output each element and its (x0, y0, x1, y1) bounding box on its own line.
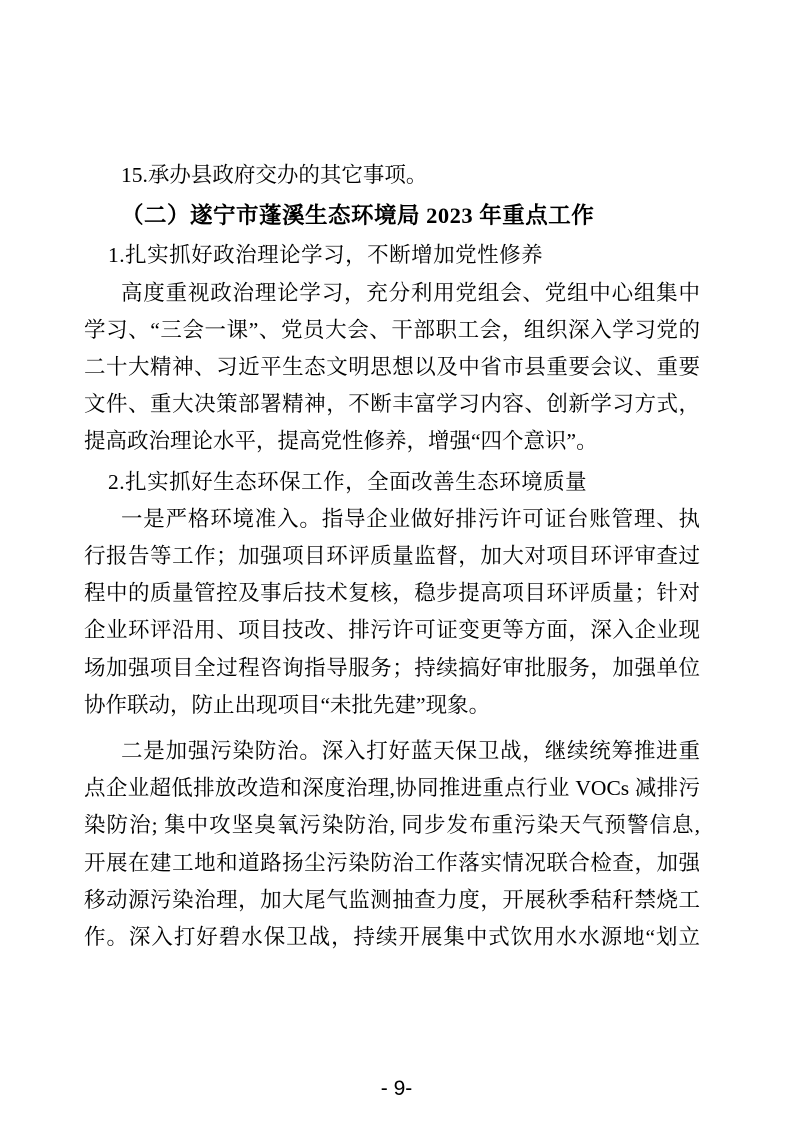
page-body: 15.承办县政府交办的其它事项。 （二）遂宁市蓬溪生态环境局 2023 年重点工… (84, 157, 700, 956)
paragraph-line: 一是严格环境准入。指导企业做好排污许可证台账管理、执 (84, 501, 700, 538)
paragraph-line: 二是加强污染防治。深入打好蓝天保卫战，继续统筹推进重 (84, 733, 700, 770)
paragraph-political-theory-study: 高度重视政治理论学习，充分利用党组会、党组中心组集中学习、“三会一课”、党员大会… (84, 275, 700, 461)
paragraph-line: 企业环评沿用、项目技改、排污许可证变更等方面，深入企业现 (84, 612, 700, 649)
paragraph-line: 染防治; 集中攻坚臭氧污染防治, 同步发布重污染天气预警信息, (84, 807, 700, 844)
paragraph-line: 点企业超低排放改造和深度治理,协同推进重点行业 VOCs 减排污 (84, 770, 700, 807)
paragraph-line: 行报告等工作；加强项目环评质量监督，加大对项目环评审查过 (84, 538, 700, 575)
paragraph-line: 学习、“三会一课”、党员大会、干部职工会，组织深入学习党的 (84, 312, 700, 349)
paragraph-line: 高度重视政治理论学习，充分利用党组会、党组中心组集中 (84, 275, 700, 312)
paragraph-line: 场加强项目全过程咨询指导服务；持续搞好审批服务，加强单位 (84, 650, 700, 687)
paragraph-line: 程中的质量管控及事后技术复核，稳步提高项目环评质量；针对 (84, 575, 700, 612)
paragraph-line: 提高政治理论水平，提高党性修养，增强“四个意识”。 (84, 423, 700, 460)
paragraph-line: 文件、重大决策部署精神，不断丰富学习内容、创新学习方式， (84, 386, 700, 423)
paragraph-line: 二十大精神、习近平生态文明思想以及中省市县重要会议、重要 (84, 349, 700, 386)
paragraph-line: 移动源污染治理，加大尾气监测抽查力度，开展秋季秸秆禁烧工 (84, 882, 700, 919)
sub-heading-eco-environment-work: 2.扎实抓好生态环保工作，全面改善生态环境质量 (84, 464, 700, 501)
document-page: 15.承办县政府交办的其它事项。 （二）遂宁市蓬溪生态环境局 2023 年重点工… (0, 0, 793, 1122)
section-heading-2023-key-work: （二）遂宁市蓬溪生态环境局 2023 年重点工作 (84, 197, 700, 234)
paragraph-line: 协作联动，防止出现项目“未批先建”现象。 (84, 687, 700, 724)
list-item-15: 15.承办县政府交办的其它事项。 (84, 157, 700, 194)
paragraph-pollution-control: 二是加强污染防治。深入打好蓝天保卫战，继续统筹推进重点企业超低排放改造和深度治理… (84, 733, 700, 956)
sub-heading-political-theory-study: 1.扎实抓好政治理论学习，不断增加党性修养 (84, 237, 700, 274)
page-number: - 9- (0, 1077, 793, 1101)
paragraph-line: 开展在建工地和道路扬尘污染防治工作落实情况联合检查，加强 (84, 845, 700, 882)
paragraph-environment-access: 一是严格环境准入。指导企业做好排污许可证台账管理、执行报告等工作；加强项目环评质… (84, 501, 700, 724)
paragraph-line: 作。深入打好碧水保卫战，持续开展集中式饮用水水源地“划立 (84, 919, 700, 956)
